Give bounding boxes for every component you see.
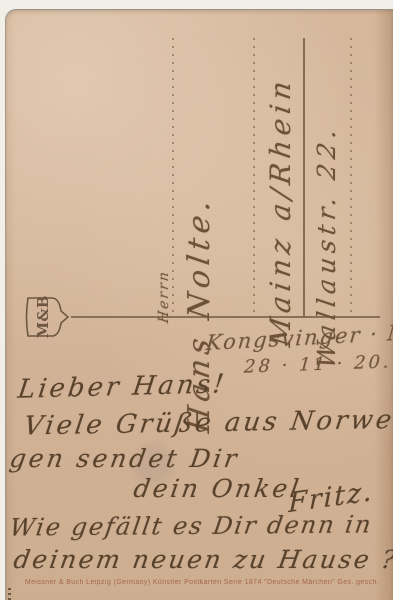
message-line: Lieber Hans!	[16, 369, 228, 405]
postmark-place: Kongsvinger · Norge.	[205, 317, 393, 355]
publisher-logo: M&B	[22, 294, 70, 340]
message-line: Wie gefällt es Dir denn in	[8, 510, 375, 541]
message-line: gen sendet Dir	[8, 444, 242, 473]
publisher-imprint: Meissner & Buch Leipzig (Germany) Künstl…	[16, 579, 388, 586]
postmark-date: 28 · 11 · 20.	[243, 351, 392, 377]
address-salutation: Herrn	[156, 269, 172, 324]
postcard-scan: M&B Herrn Hans Nolte. Mainz a/Rhein Wall…	[0, 0, 393, 600]
edge-specks	[8, 588, 11, 600]
message-line: deinem neuen zu Hause ?	[12, 545, 393, 574]
message-line: Viele Grüße aus Norwe=	[22, 405, 393, 442]
shield-icon: M&B	[22, 294, 70, 340]
address-city: Mainz a/Rhein	[264, 74, 297, 348]
address-ruling-dotted-2	[253, 38, 255, 314]
city-underline	[303, 38, 305, 317]
postcard-back: M&B Herrn Hans Nolte. Mainz a/Rhein Wall…	[5, 9, 393, 600]
address-ruling-dotted-1	[172, 38, 174, 314]
publisher-monogram: M&B	[34, 296, 52, 339]
message-line: dein Onkel	[132, 474, 304, 503]
address-ruling-dotted-3	[350, 38, 352, 314]
